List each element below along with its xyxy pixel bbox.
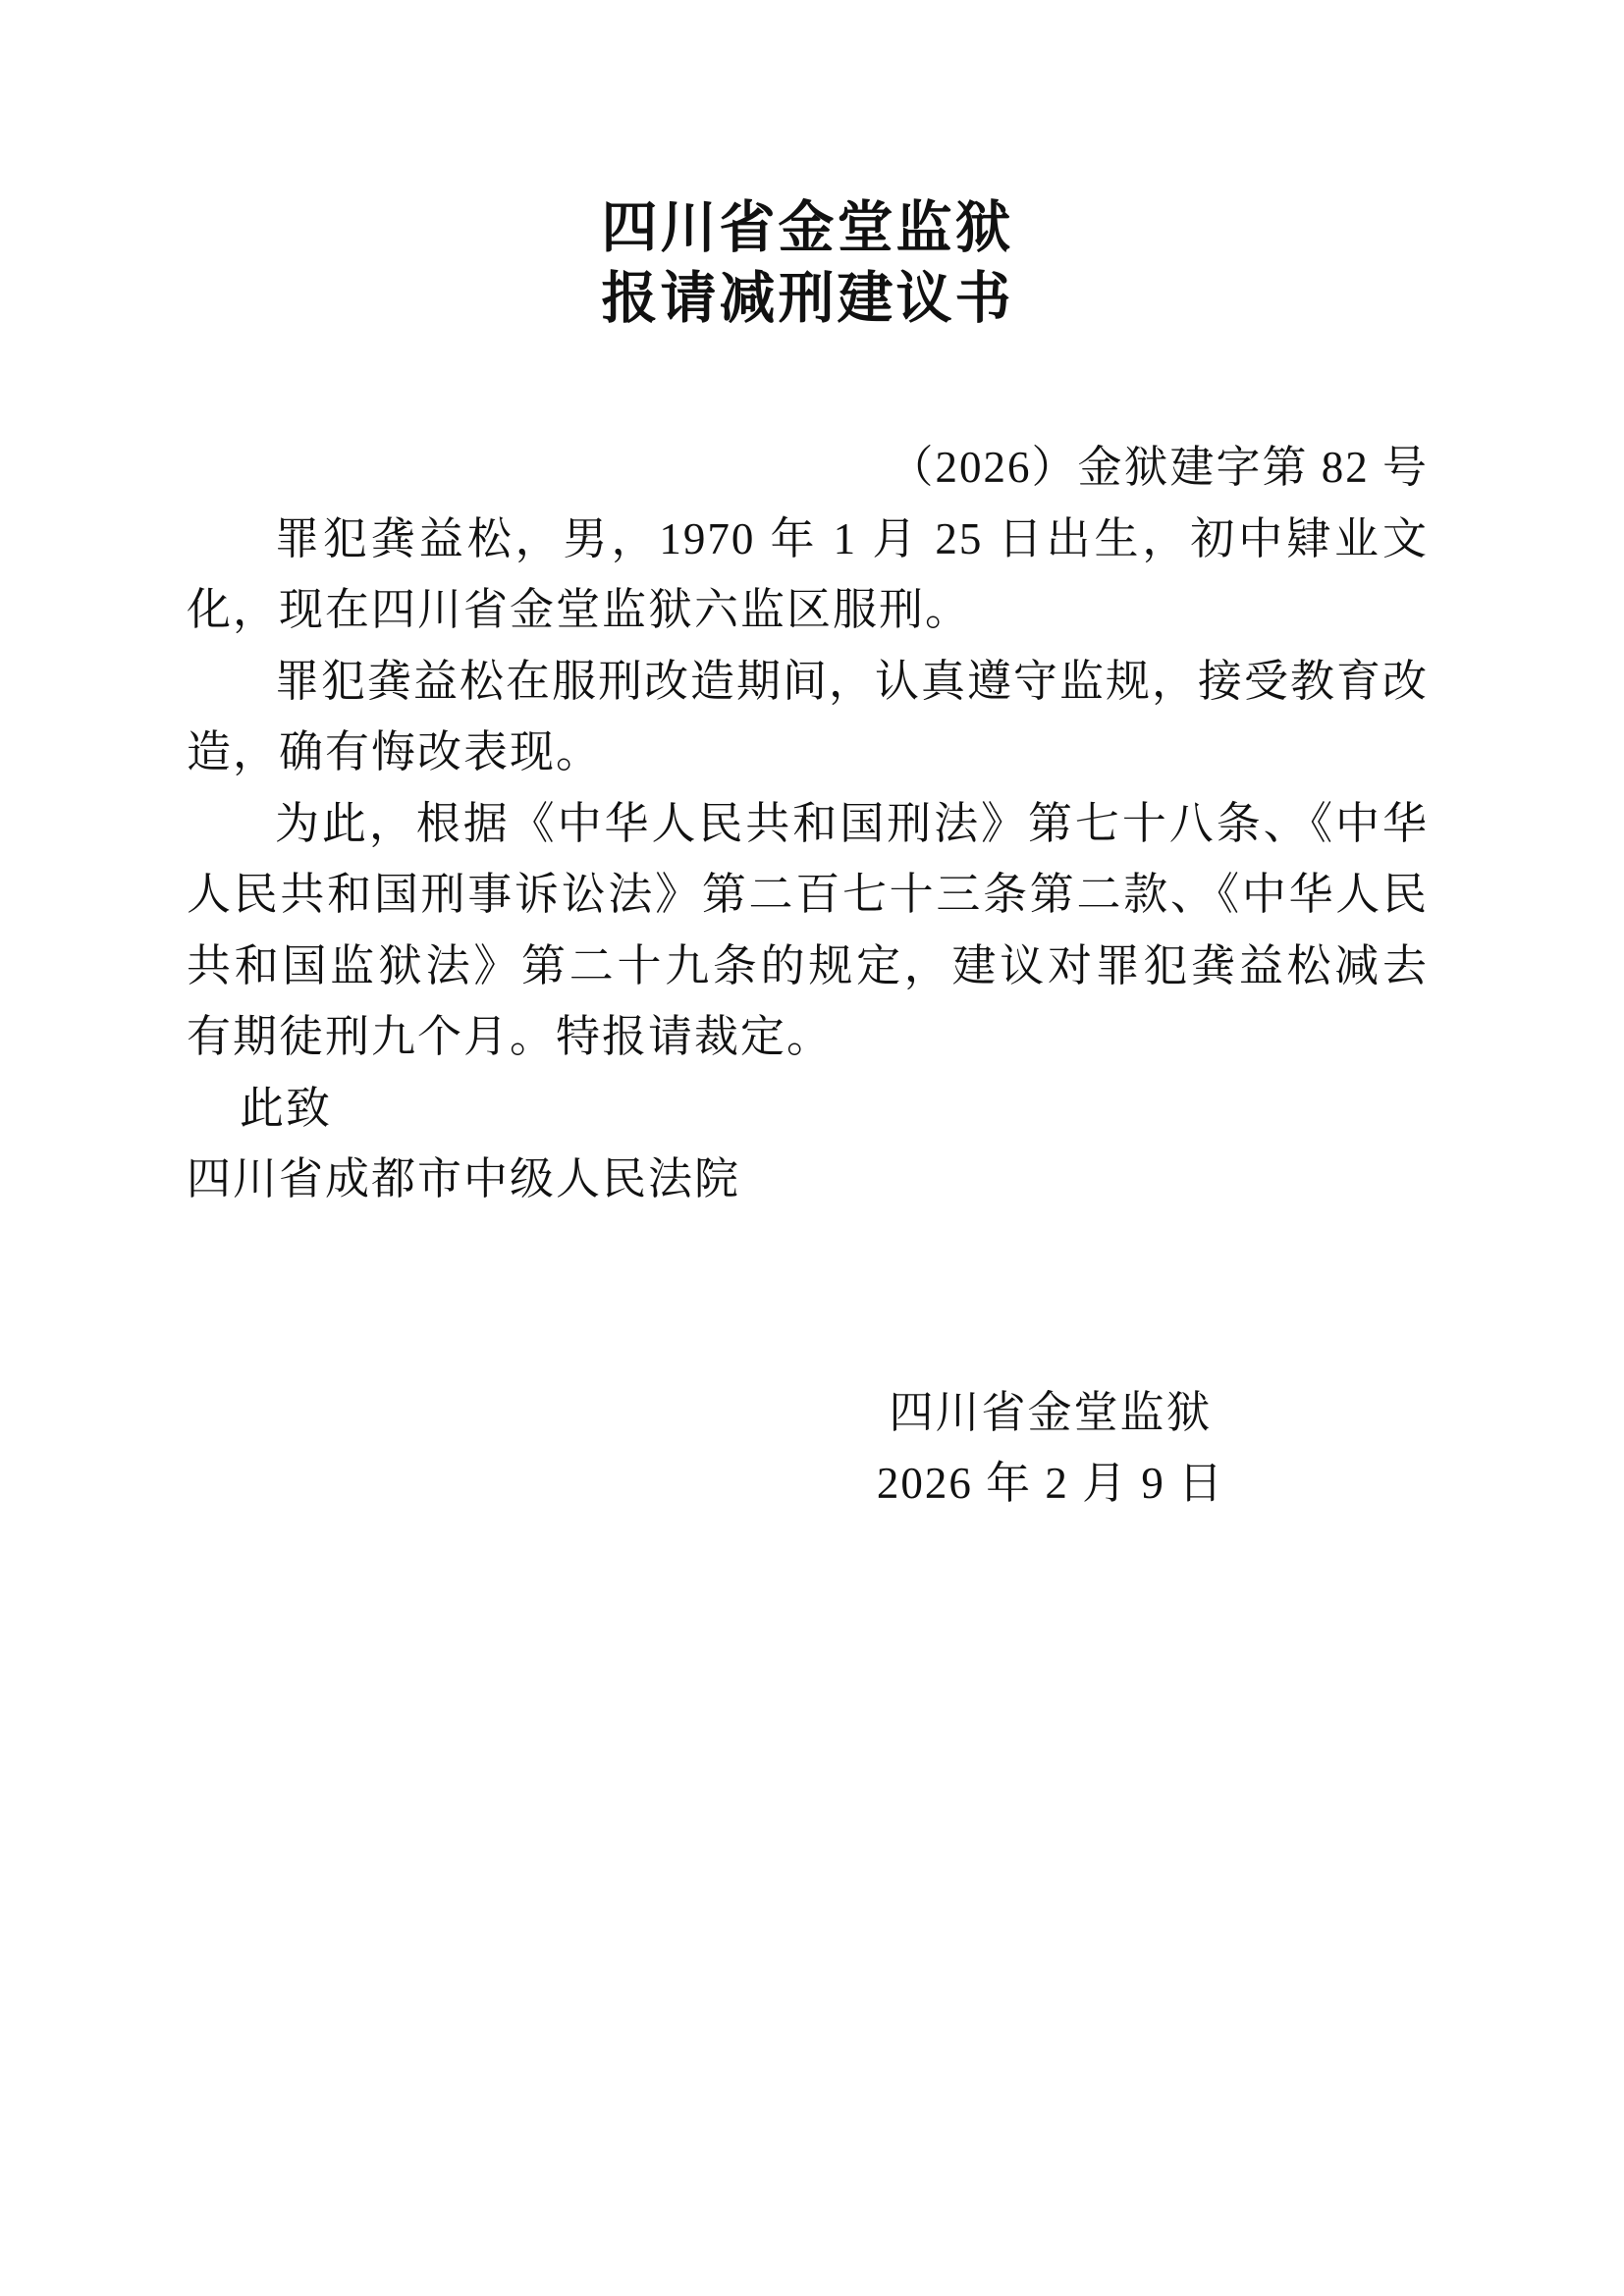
document-body: 罪犯龚益松，男，1970 年 1 月 25 日出生，初中肄业文化，现在四川省金堂… [187, 504, 1429, 1215]
signature-organization: 四川省金堂监狱 [785, 1377, 1316, 1449]
paragraph-offender-info: 罪犯龚益松，男，1970 年 1 月 25 日出生，初中肄业文化，现在四川省金堂… [187, 504, 1429, 646]
document-page: 四川省金堂监狱 报请减刑建议书 （2026）金狱建字第 82 号 罪犯龚益松，男… [0, 0, 1624, 2296]
document-number: （2026）金狱建字第 82 号 [187, 432, 1429, 504]
paragraph-legal-basis: 为此，根据《中华人民共和国刑法》第七十八条、《中华人民共和国刑事诉讼法》第二百七… [187, 788, 1429, 1073]
document-title-line1: 四川省金堂监狱 [187, 192, 1429, 263]
signature-block: 四川省金堂监狱 2026 年 2 月 9 日 [785, 1377, 1316, 1520]
closing-salute: 此致 [187, 1073, 1429, 1145]
addressee-court: 四川省成都市中级人民法院 [187, 1144, 1429, 1215]
signature-date: 2026 年 2 月 9 日 [785, 1448, 1316, 1520]
document-title-line2: 报请减刑建议书 [187, 263, 1429, 334]
paragraph-behavior: 罪犯龚益松在服刑改造期间，认真遵守监规，接受教育改造，确有悔改表现。 [187, 646, 1429, 788]
document-title: 四川省金堂监狱 报请减刑建议书 [187, 192, 1429, 334]
document-content: 四川省金堂监狱 报请减刑建议书 （2026）金狱建字第 82 号 罪犯龚益松，男… [187, 0, 1429, 1520]
